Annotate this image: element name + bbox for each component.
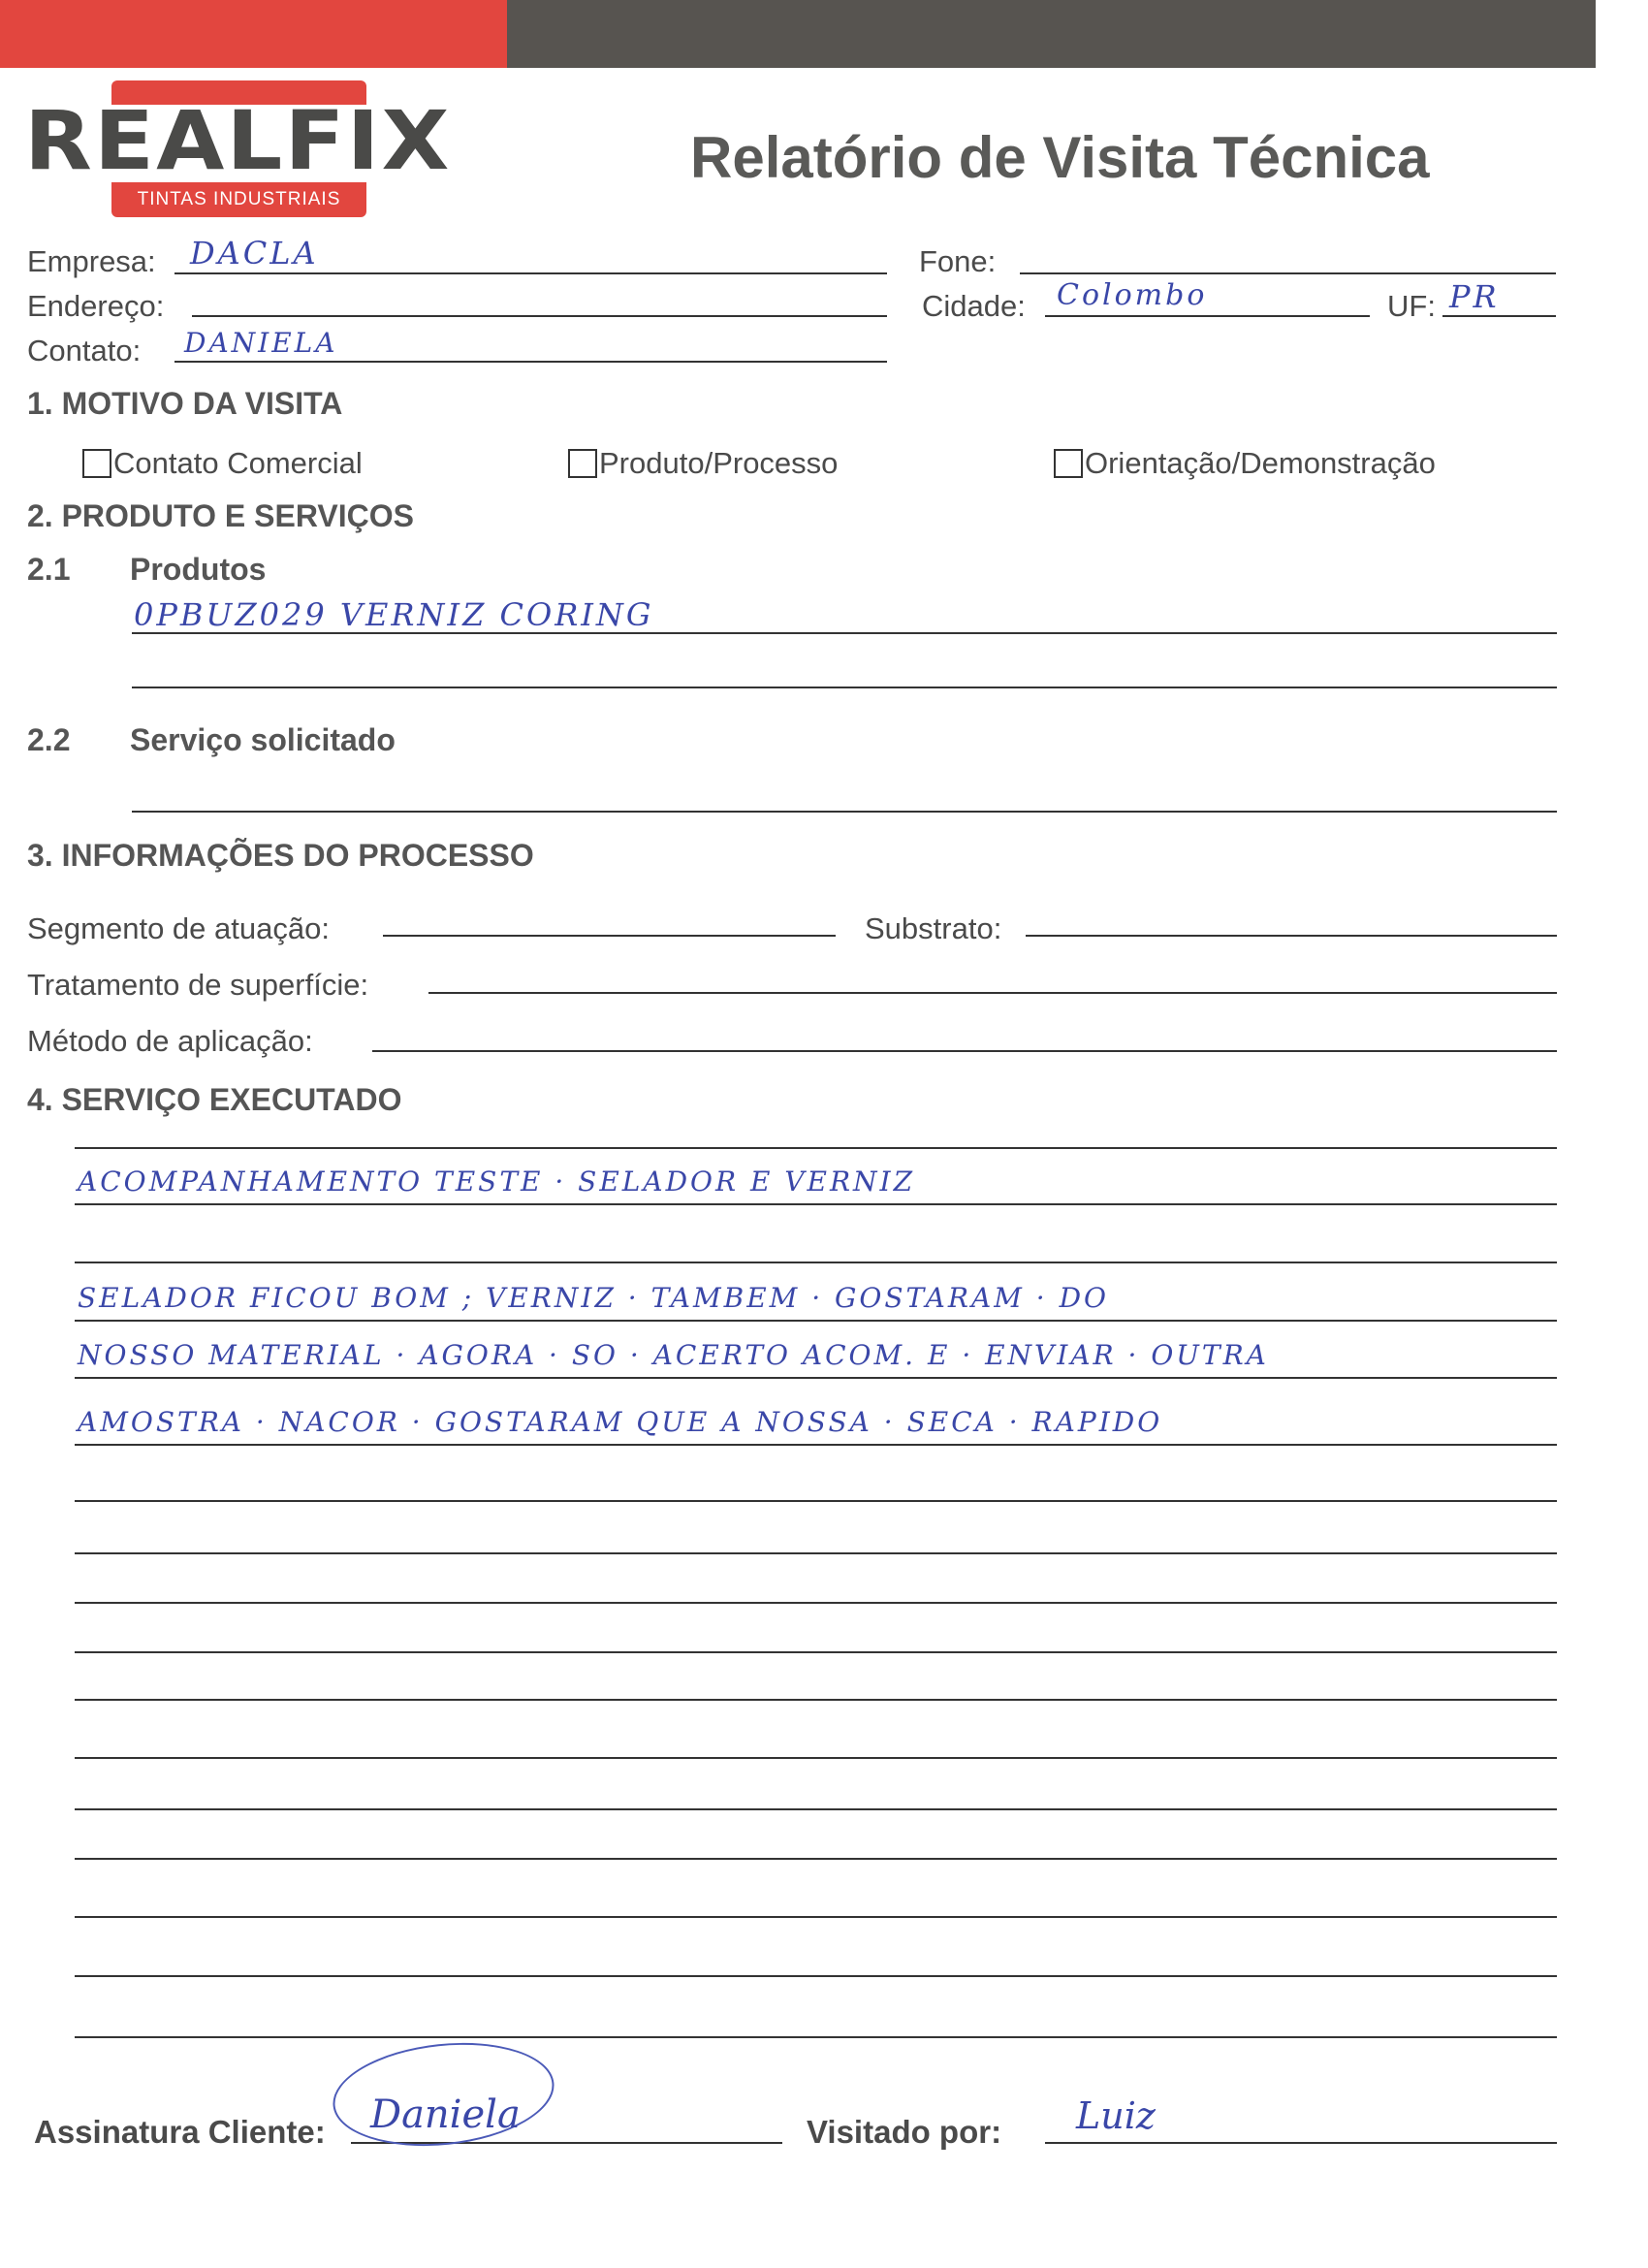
tratamento-label: Tratamento de superfície: (27, 970, 368, 1000)
servico-executado-line[interactable] (75, 1808, 1557, 1810)
checkbox[interactable] (82, 449, 111, 478)
option-orientacao-demonstracao[interactable]: Orientação/Demonstração (1054, 448, 1436, 478)
option-produto-processo[interactable]: Produto/Processo (568, 448, 838, 478)
servico-executado-line[interactable] (75, 1320, 1557, 1322)
empresa-field-line (174, 272, 887, 274)
servico-executado-line[interactable] (75, 1975, 1557, 1977)
produtos-field-1[interactable]: 0PBUZ029 VERNIZ CORING (134, 599, 653, 630)
checkbox[interactable] (568, 449, 597, 478)
endereco-label: Endereço: (27, 291, 164, 321)
servico-executado-line[interactable] (75, 1858, 1557, 1860)
endereco-field[interactable] (192, 315, 887, 317)
metodo-label: Método de aplicação: (27, 1026, 313, 1056)
assinatura-cliente-field[interactable]: Daniela (370, 2092, 521, 2137)
segmento-field[interactable] (383, 935, 836, 937)
section1-heading: 1. MOTIVO DA VISITA (27, 388, 342, 419)
servico-executado-text[interactable]: SELADOR FICOU BOM ; VERNIZ · TAMBEM · GO… (78, 1285, 1109, 1312)
cidade-field-line (1045, 315, 1370, 317)
option-contato-comercial[interactable]: Contato Comercial (82, 448, 363, 478)
fone-field[interactable] (1020, 272, 1556, 274)
produtos-field-2[interactable] (132, 687, 1557, 688)
header-bar-red (0, 0, 507, 68)
assinatura-cliente-label: Assinatura Cliente: (34, 2116, 326, 2148)
empresa-label: Empresa: (27, 246, 156, 276)
contato-label: Contato: (27, 335, 141, 366)
servico-solicitado-field[interactable] (132, 811, 1557, 813)
servico-executado-line[interactable] (75, 1147, 1557, 1149)
option-label: Orientação/Demonstração (1085, 448, 1436, 478)
segmento-label: Segmento de atuação: (27, 913, 330, 943)
option-label: Contato Comercial (113, 448, 363, 478)
subsection-2-1-number: 2.1 (27, 554, 70, 585)
contato-field-line (174, 361, 887, 363)
empresa-field[interactable]: DACLA (190, 238, 319, 269)
section3-heading: 3. INFORMAÇÕES DO PROCESSO (27, 840, 534, 871)
section2-heading: 2. PRODUTO E SERVIÇOS (27, 500, 414, 531)
checkbox[interactable] (1054, 449, 1083, 478)
substrato-field[interactable] (1026, 935, 1557, 937)
servico-executado-line[interactable] (75, 1203, 1557, 1205)
servico-executado-line[interactable] (75, 1651, 1557, 1653)
substrato-label: Substrato: (865, 913, 1001, 943)
servico-executado-text[interactable]: AMOSTRA · NACOR · GOSTARAM QUE A NOSSA ·… (78, 1409, 1162, 1436)
header-bar-gray (507, 0, 1596, 68)
servico-executado-text[interactable]: NOSSO MATERIAL · AGORA · SO · ACERTO ACO… (78, 1342, 1269, 1369)
servico-executado-line[interactable] (75, 1262, 1557, 1263)
servico-executado-text[interactable]: ACOMPANHAMENTO TESTE · SELADOR E VERNIZ (78, 1168, 915, 1196)
servico-executado-line[interactable] (75, 1916, 1557, 1918)
cidade-label: Cidade: (922, 291, 1026, 321)
servico-executado-line[interactable] (75, 1602, 1557, 1604)
visitado-por-field[interactable]: Luiz (1076, 2094, 1156, 2137)
servico-executado-line[interactable] (75, 1699, 1557, 1701)
servico-executado-line[interactable] (75, 1757, 1557, 1759)
option-label: Produto/Processo (599, 448, 838, 478)
page-title: Relatório de Visita Técnica (690, 124, 1430, 191)
servico-executado-line[interactable] (75, 1500, 1557, 1502)
metodo-field[interactable] (372, 1050, 1557, 1052)
servico-executado-line[interactable] (75, 1552, 1557, 1554)
brand-tagline: TINTAS INDUSTRIAIS (111, 182, 366, 217)
fone-label: Fone: (919, 246, 996, 276)
subsection-2-2-label: Serviço solicitado (130, 724, 396, 755)
uf-field-line (1442, 315, 1556, 317)
servico-executado-line[interactable] (75, 1377, 1557, 1379)
section4-heading: 4. SERVIÇO EXECUTADO (27, 1084, 401, 1115)
visitado-por-label: Visitado por: (807, 2116, 1001, 2148)
subsection-2-1-label: Produtos (130, 554, 266, 585)
uf-label: UF: (1387, 291, 1436, 321)
servico-executado-line[interactable] (75, 1444, 1557, 1446)
cidade-field[interactable]: Colombo (1057, 281, 1207, 310)
subsection-2-2-number: 2.2 (27, 724, 70, 755)
uf-field[interactable]: PR (1449, 281, 1500, 312)
brand-logo: REALFIX (24, 100, 452, 181)
visitado-por-line (1045, 2142, 1557, 2144)
servico-executado-line[interactable] (75, 2036, 1557, 2038)
contato-field[interactable]: DANIELA (184, 330, 337, 357)
tratamento-field[interactable] (428, 992, 1557, 994)
